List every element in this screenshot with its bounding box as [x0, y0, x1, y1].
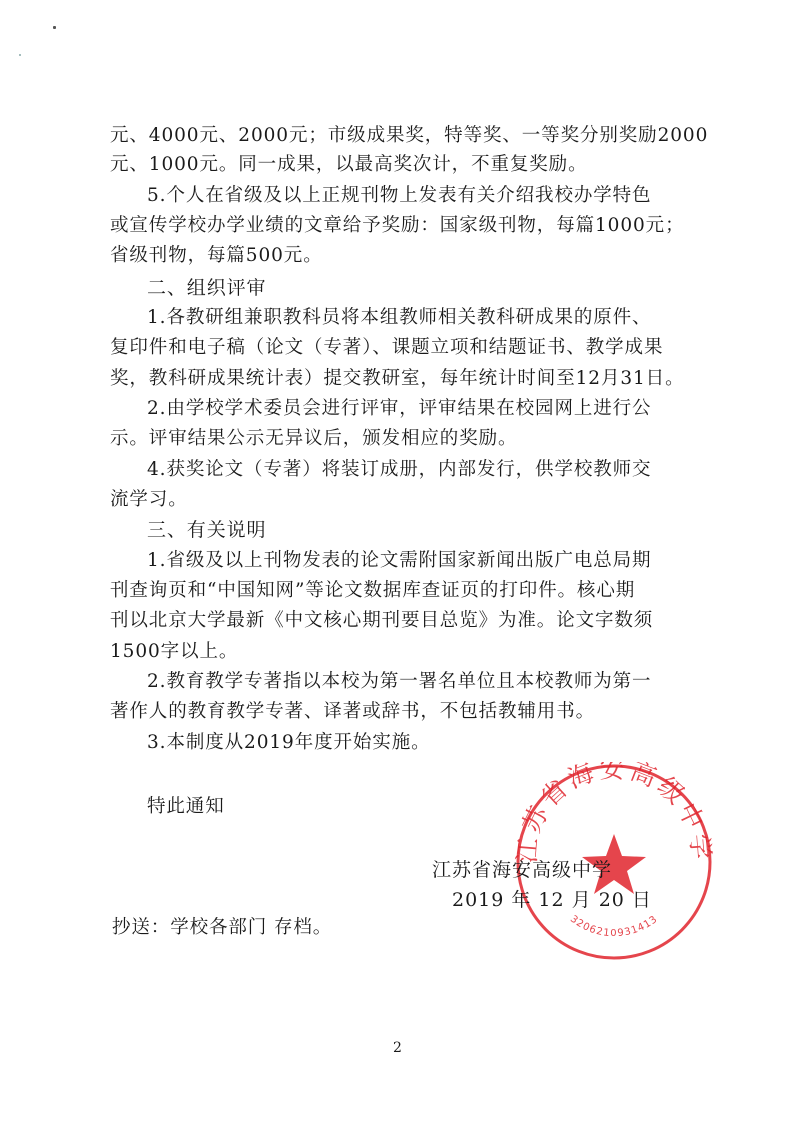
- notes-item-1-line-1: 1.省级及以上刊物发表的论文需附国家新闻出版广电总局期: [147, 549, 651, 573]
- item-5-line-2: 或宣传学校办学业绩的文章给予奖励：国家级刊物，每篇1000元；: [110, 214, 684, 238]
- review-item-2-line-1: 2.由学校学术委员会进行评审，评审结果在校园网上进行公: [147, 397, 651, 421]
- review-item-2-line-2: 示。评审结果公示无异议后，颁发相应的奖励。: [110, 427, 517, 451]
- review-item-1-line-2: 复印件和电子稿（论文（专著）、课题立项和结题证书、教学成果: [110, 336, 663, 360]
- review-item-1-line-1: 1.各教研组兼职教科员将本组教师相关教科研成果的原件、: [147, 306, 651, 330]
- section-heading-review: 二、组织评审: [147, 276, 266, 300]
- signature-date: 2019 年 12 月 20 日: [452, 885, 652, 912]
- cc-line: 抄送：学校各部门 存档。: [112, 916, 332, 940]
- notes-item-2-line-2: 著作人的教育教学专著、译著或辞书，不包括教辅用书。: [110, 700, 595, 724]
- notes-item-2-line-1: 2.教育教学专著指以本校为第一署名单位且本校教师为第一: [147, 670, 651, 694]
- svg-text:3206210931413: 3206210931413: [568, 914, 660, 940]
- stamp-serial: 3206210931413: [568, 914, 660, 940]
- notes-item-1-line-3: 刊以北京大学最新《中文核心期刊要目总览》为准。论文字数须: [110, 609, 653, 633]
- scan-speck: [19, 54, 21, 56]
- body-line-2: 元、1000元。同一成果，以最高奖次计，不重复奖励。: [110, 153, 587, 177]
- notes-item-1-line-4: 1500字以上。: [110, 640, 238, 664]
- closing-text: 特此通知: [147, 795, 225, 819]
- item-5-line-3: 省级刊物，每篇500元。: [110, 244, 323, 268]
- review-item-4-line-2: 流学习。: [110, 488, 188, 512]
- section-heading-notes: 三、有关说明: [147, 518, 266, 542]
- item-5-line-1: 5.个人在省级及以上正规刊物上发表有关介绍我校办学特色: [147, 184, 651, 208]
- review-item-1-line-3: 奖，教科研成果统计表）提交教研室，每年统计时间至12月31日。: [110, 367, 684, 391]
- scan-speck: [53, 26, 56, 29]
- notes-item-1-line-2: 刊查询页和“中国知网”等论文数据库查证页的打印件。核心期: [110, 579, 635, 603]
- review-item-4-line-1: 4.获奖论文（专著）将装订成册，内部发行，供学校教师交: [147, 458, 651, 482]
- page-number: 2: [393, 1040, 402, 1056]
- signature-organization: 江苏省海安高级中学: [432, 855, 612, 882]
- notes-item-3: 3.本制度从2019年度开始实施。: [147, 731, 431, 755]
- body-line-1: 元、4000元、2000元；市级成果奖，特等奖、一等奖分别奖励2000: [110, 124, 708, 148]
